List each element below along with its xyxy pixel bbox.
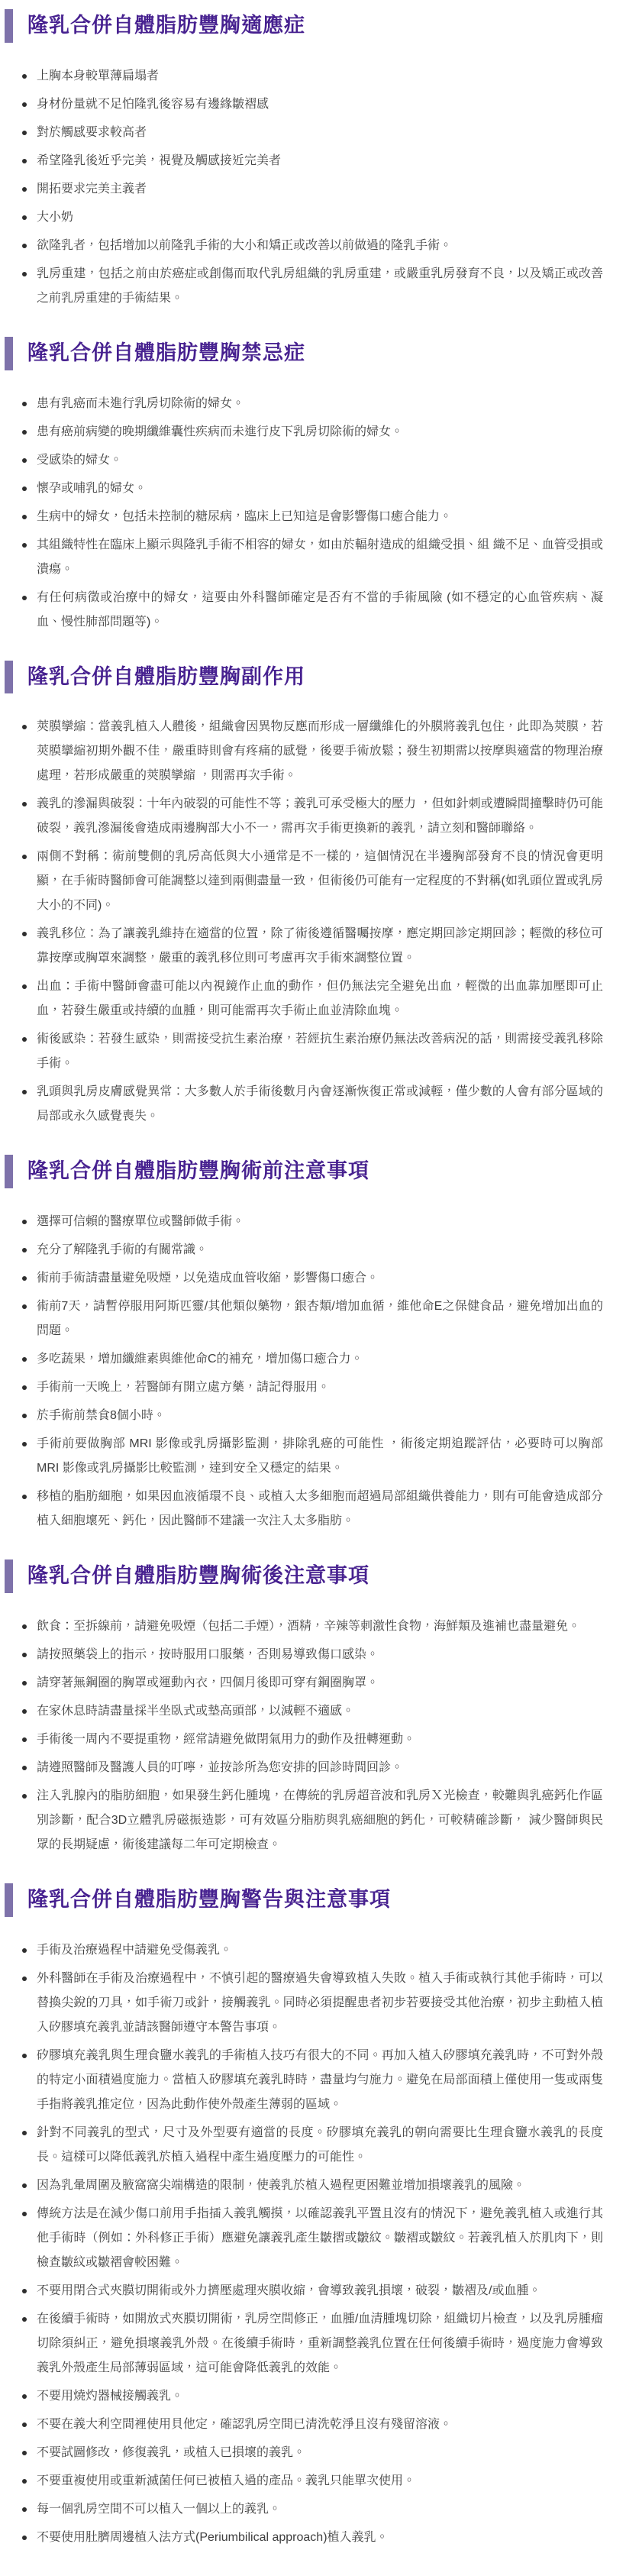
section: 隆乳合併自體脂肪豐胸術前注意事項 選擇可信賴的醫療單位或醫師做手術。充分了解隆乳… [0, 1155, 626, 1534]
list-item: 開拓要求完美主義者 [37, 177, 603, 202]
list-item: 術前7天，請暫停服用阿斯匹靈/其他類似藥物，銀杏類/增加血循，維他命E之保健食品… [37, 1294, 603, 1343]
list-item: 患有癌前病變的晚期纖維囊性疾病而未進行皮下乳房切除術的婦女。 [37, 420, 603, 444]
list-item: 充分了解隆乳手術的有關常識。 [37, 1238, 603, 1262]
list-item: 大小奶 [37, 205, 603, 230]
list-item: 手術前一天晚上，若醫師有開立處方藥，請記得服用。 [37, 1375, 603, 1400]
article: 隆乳合併自體脂肪豐胸適應症 上胸本身較單薄扁塌者身材份量就不足怕隆乳後容易有邊緣… [0, 0, 626, 2576]
list-item: 因為乳暈周圍及腋窩窩尖端構造的限制，使義乳於植入過程更困難並增加損壞義乳的風險。 [37, 2174, 603, 2198]
list-item: 多吃蔬果，增加纖維素與維他命C的補充，增加傷口癒合力。 [37, 1347, 603, 1372]
section-title: 隆乳合併自體脂肪豐胸術後注意事項 [5, 1559, 603, 1593]
section-title: 隆乳合併自體脂肪豐胸禁忌症 [5, 337, 603, 370]
list-item: 請遵照醫師及醫護人員的叮嚀，並按診所為您安排的回診時間回診。 [37, 1756, 603, 1780]
list-item: 上胸本身較單薄扁塌者 [37, 64, 603, 89]
list-item: 其組織特性在臨床上顯示與隆乳手術不相容的婦女，如由於輻射造成的組織受損、組 織不… [37, 533, 603, 582]
section: 隆乳合併自體脂肪豐胸適應症 上胸本身較單薄扁塌者身材份量就不足怕隆乳後容易有邊緣… [0, 9, 626, 311]
list-item: 手術前要做胸部 MRI 影像或乳房攝影監測，排除乳癌的可能性 ，術後定期追蹤評估… [37, 1432, 603, 1481]
list-item: 請按照藥袋上的指示，按時服用口服藥，否則易導致傷口感染。 [37, 1643, 603, 1667]
list-item: 不要用閉合式夾膜切開術或外力擠壓處理夾膜收縮，會導致義乳損壞，破裂，皺褶及/或血… [37, 2279, 603, 2303]
section-title: 隆乳合併自體脂肪豐胸警告與注意事項 [5, 1883, 603, 1917]
list-item: 手術及治療過程中請避免受傷義乳。 [37, 1938, 603, 1963]
list-item: 不要試圖修改，修復義乳，或植入已損壞的義乳。 [37, 2441, 603, 2465]
list-item: 患有乳癌而未進行乳房切除術的婦女。 [37, 392, 603, 416]
list-item: 在家休息時請盡量採半坐臥式或墊高頭部，以減輕不適感。 [37, 1699, 603, 1724]
bullet-list: 上胸本身較單薄扁塌者身材份量就不足怕隆乳後容易有邊緣皺褶感對於觸感要求較高者希望… [0, 64, 603, 311]
list-item: 出血：手術中醫師會盡可能以內視鏡作止血的動作，但仍無法完全避免出血，輕微的出血靠… [37, 974, 603, 1023]
list-item: 傳統方法是在減少傷口前用手指插入義乳觸摸，以確認義乳平置且沒有的情況下，避免義乳… [37, 2202, 603, 2275]
list-item: 於手術前禁食8個小時。 [37, 1404, 603, 1428]
list-item: 不要重複使用或重新滅菌任何已被植入過的產品。義乳只能單次使用。 [37, 2469, 603, 2494]
list-item: 義乳的滲漏與破裂：十年內破裂的可能性不等；義乳可承受極大的壓力 ，但如針刺或遭瞬… [37, 792, 603, 841]
bullet-list: 手術及治療過程中請避免受傷義乳。外科醫師在手術及治療過程中，不慎引起的醫療過失會… [0, 1938, 603, 2550]
list-item: 外科醫師在手術及治療過程中，不慎引起的醫療過失會導致植入失敗。植入手術或執行其他… [37, 1967, 603, 2040]
list-item: 針對不同義乳的型式，尺寸及外型要有適當的長度。矽膠填充義乳的朝向需要比生理食鹽水… [37, 2121, 603, 2170]
list-item: 手術後一周內不要提重物，經常請避免做閉氣用力的動作及扭轉運動。 [37, 1728, 603, 1752]
section-title: 隆乳合併自體脂肪豐胸副作用 [5, 661, 603, 694]
section: 隆乳合併自體脂肪豐胸術後注意事項 飲食：至拆線前，請避免吸煙（包括二手煙），酒精… [0, 1559, 626, 1857]
list-item: 對於觸感要求較高者 [37, 121, 603, 145]
list-item: 飲食：至拆線前，請避免吸煙（包括二手煙），酒精，辛辣等刺激性食物，海鮮類及進補也… [37, 1614, 603, 1639]
list-item: 莢膜攣縮：當義乳植入人體後，組織會因異物反應而形成一層纖維化的外膜將義乳包住，此… [37, 715, 603, 788]
section-title: 隆乳合併自體脂肪豐胸術前注意事項 [5, 1155, 603, 1188]
list-item: 欲隆乳者，包括增加以前隆乳手術的大小和矯正或改善以前做過的隆乳手術。 [37, 234, 603, 258]
list-item: 每一個乳房空間不可以植入一個以上的義乳。 [37, 2497, 603, 2522]
bullet-list: 飲食：至拆線前，請避免吸煙（包括二手煙），酒精，辛辣等刺激性食物，海鮮類及進補也… [0, 1614, 603, 1857]
list-item: 受感染的婦女。 [37, 448, 603, 473]
bullet-list: 選擇可信賴的醫療單位或醫師做手術。充分了解隆乳手術的有關常識。術前手術請盡量避免… [0, 1210, 603, 1534]
section-title: 隆乳合併自體脂肪豐胸適應症 [5, 9, 603, 43]
list-item: 請穿著無鋼圈的胸罩或運動內衣，四個月後即可穿有鋼圈胸罩。 [37, 1671, 603, 1695]
list-item: 希望隆乳後近乎完美，視覺及觸感接近完美者 [37, 149, 603, 173]
bullet-list: 莢膜攣縮：當義乳植入人體後，組織會因異物反應而形成一層纖維化的外膜將義乳包住，此… [0, 715, 603, 1129]
list-item: 術後感染：若發生感染，則需接受抗生素治療，若經抗生素治療仍無法改善病況的話，則需… [37, 1027, 603, 1076]
list-item: 義乳移位：為了讓義乳維持在適當的位置，除了術後遵循醫囑按摩，應定期回診定期回診；… [37, 922, 603, 971]
list-item: 身材份量就不足怕隆乳後容易有邊緣皺褶感 [37, 92, 603, 117]
list-item: 兩側不對稱：術前雙側的乳房高低與大小通常是不一樣的，這個情況在半邊胸部發育不良的… [37, 845, 603, 918]
list-item: 乳房重建，包括之前由於癌症或創傷而取代乳房組織的乳房重建，或嚴重乳房發育不良，以… [37, 262, 603, 311]
section: 隆乳合併自體脂肪豐胸副作用 莢膜攣縮：當義乳植入人體後，組織會因異物反應而形成一… [0, 661, 626, 1130]
list-item: 不要在義大利空間裡使用貝他定，確認乳房空間已清洗乾淨且沒有殘留溶液。 [37, 2413, 603, 2437]
section: 隆乳合併自體脂肪豐胸警告與注意事項 手術及治療過程中請避免受傷義乳。外科醫師在手… [0, 1883, 626, 2550]
list-item: 術前手術請盡量避免吸煙，以免造成血管收縮，影響傷口癒合。 [37, 1266, 603, 1291]
list-item: 矽膠填充義乳與生理食鹽水義乳的手術植入技巧有很大的不同。再加入植入矽膠填充義乳時… [37, 2044, 603, 2117]
list-item: 懷孕或哺乳的婦女。 [37, 477, 603, 501]
section: 隆乳合併自體脂肪豐胸禁忌症 患有乳癌而未進行乳房切除術的婦女。患有癌前病變的晚期… [0, 337, 626, 635]
list-item: 乳頭與乳房皮膚感覺異常：大多數人於手術後數月內會逐漸恢復正常或減輕，僅少數的人會… [37, 1080, 603, 1129]
list-item: 生病中的婦女，包括未控制的糖尿病，臨床上已知這是會影響傷口癒合能力。 [37, 505, 603, 529]
list-item: 注入乳腺內的脂肪細胞，如果發生鈣化腫塊，在傳統的乳房超音波和乳房Ｘ光檢查，較難與… [37, 1784, 603, 1857]
list-item: 有任何病徵或治療中的婦女，這要由外科醫師確定是否有不當的手術風險 (如不穩定的心… [37, 586, 603, 635]
list-item: 在後續手術時，如開放式夾膜切開術，乳房空間修正，血腫/血清腫塊切除，組織切片檢查… [37, 2307, 603, 2380]
list-item: 不要用燒灼器械接觸義乳。 [37, 2384, 603, 2409]
bullet-list: 患有乳癌而未進行乳房切除術的婦女。患有癌前病變的晚期纖維囊性疾病而未進行皮下乳房… [0, 392, 603, 635]
list-item: 移植的脂肪細胞，如果因血液循環不良、或植入太多細胞而超過局部組織供養能力，則有可… [37, 1485, 603, 1534]
list-item: 選擇可信賴的醫療單位或醫師做手術。 [37, 1210, 603, 1234]
